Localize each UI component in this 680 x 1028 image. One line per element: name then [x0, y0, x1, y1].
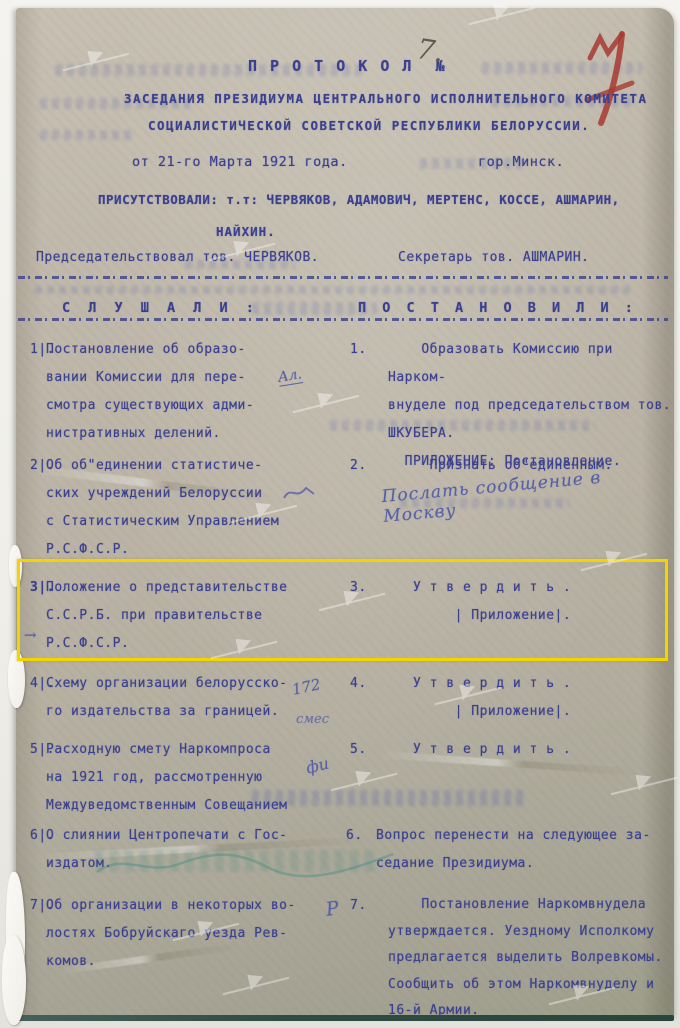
torn-edge — [2, 935, 26, 1025]
handwritten-arrow: → — [24, 626, 37, 644]
item-number-right: 3. — [350, 574, 367, 602]
document-scan: П Р О Т О К О Л № 7. ЗАСЕДАНИЯ ПРЕЗИДИУМ… — [0, 0, 680, 1028]
item-number-right: 2. — [350, 452, 367, 480]
item-number-right: 1. — [350, 336, 367, 364]
header-date: от 21-го Марта 1921 года. — [132, 148, 348, 176]
heard-entry: Расходную смету Наркомпроса на 1921 год,… — [46, 736, 336, 820]
resolved-entry: У т в е р д и т ь . | Приложение|. — [388, 670, 674, 726]
margin-note: смес — [296, 712, 329, 727]
heard-entry: Об организации в некоторых во- лостях Бо… — [46, 892, 336, 976]
chairman-line: Председательствовал тов. ЧЕРВЯКОВ. — [36, 244, 319, 272]
attendees-line: ПРИСУТСТВОВАЛИ: т.т: ЧЕРВЯКОВ, АДАМОВИЧ,… — [98, 186, 620, 214]
dashed-separator — [18, 276, 668, 279]
heard-entry: Схему организации белорусско- го издател… — [46, 670, 336, 726]
item-number-right: 5. — [350, 736, 367, 764]
handwritten-checkmark — [282, 482, 316, 504]
handwritten-protocol-number: 7. — [415, 32, 447, 69]
header-line-2: ЗАСЕДАНИЯ ПРЕЗИДИУМА ЦЕНТРАЛЬНОГО ИСПОЛН… — [124, 85, 648, 113]
margin-note: Р — [325, 897, 341, 921]
heard-entry: Об об"единении статистиче- ских учрежден… — [46, 452, 331, 564]
dashed-separator — [18, 318, 668, 321]
resolved-entry: Вопрос перенести на следующее за- седани… — [376, 822, 672, 878]
header-place: гор.Минск. — [478, 148, 564, 176]
attendees-continued: НАЙХИН. — [216, 218, 276, 246]
heard-entry: Положение о представительстве С.С.Р.Б. п… — [46, 574, 336, 658]
torn-edge — [8, 650, 25, 708]
heard-entry: Постановление об образо- вании Комиссии … — [46, 336, 331, 448]
resolved-entry: У т в е р д и т ь . — [388, 736, 674, 764]
secretary-line: Секретарь тов. АШМАРИН. — [398, 244, 590, 272]
header-line-3: СОЦИАЛИСТИЧЕСКОЙ СОВЕТСКОЙ РЕСПУБЛИКИ БЕ… — [148, 112, 590, 140]
item-number-right: 7. — [350, 892, 367, 920]
resolved-entry: Постановление Наркомвнудела утверждается… — [388, 892, 674, 1025]
torn-edge — [9, 545, 22, 587]
item-number-right: 4. — [350, 670, 367, 698]
handwritten-teal-squiggle — [95, 842, 395, 882]
resolved-entry: У т в е р д и т ь . | Приложение|. — [388, 574, 674, 630]
